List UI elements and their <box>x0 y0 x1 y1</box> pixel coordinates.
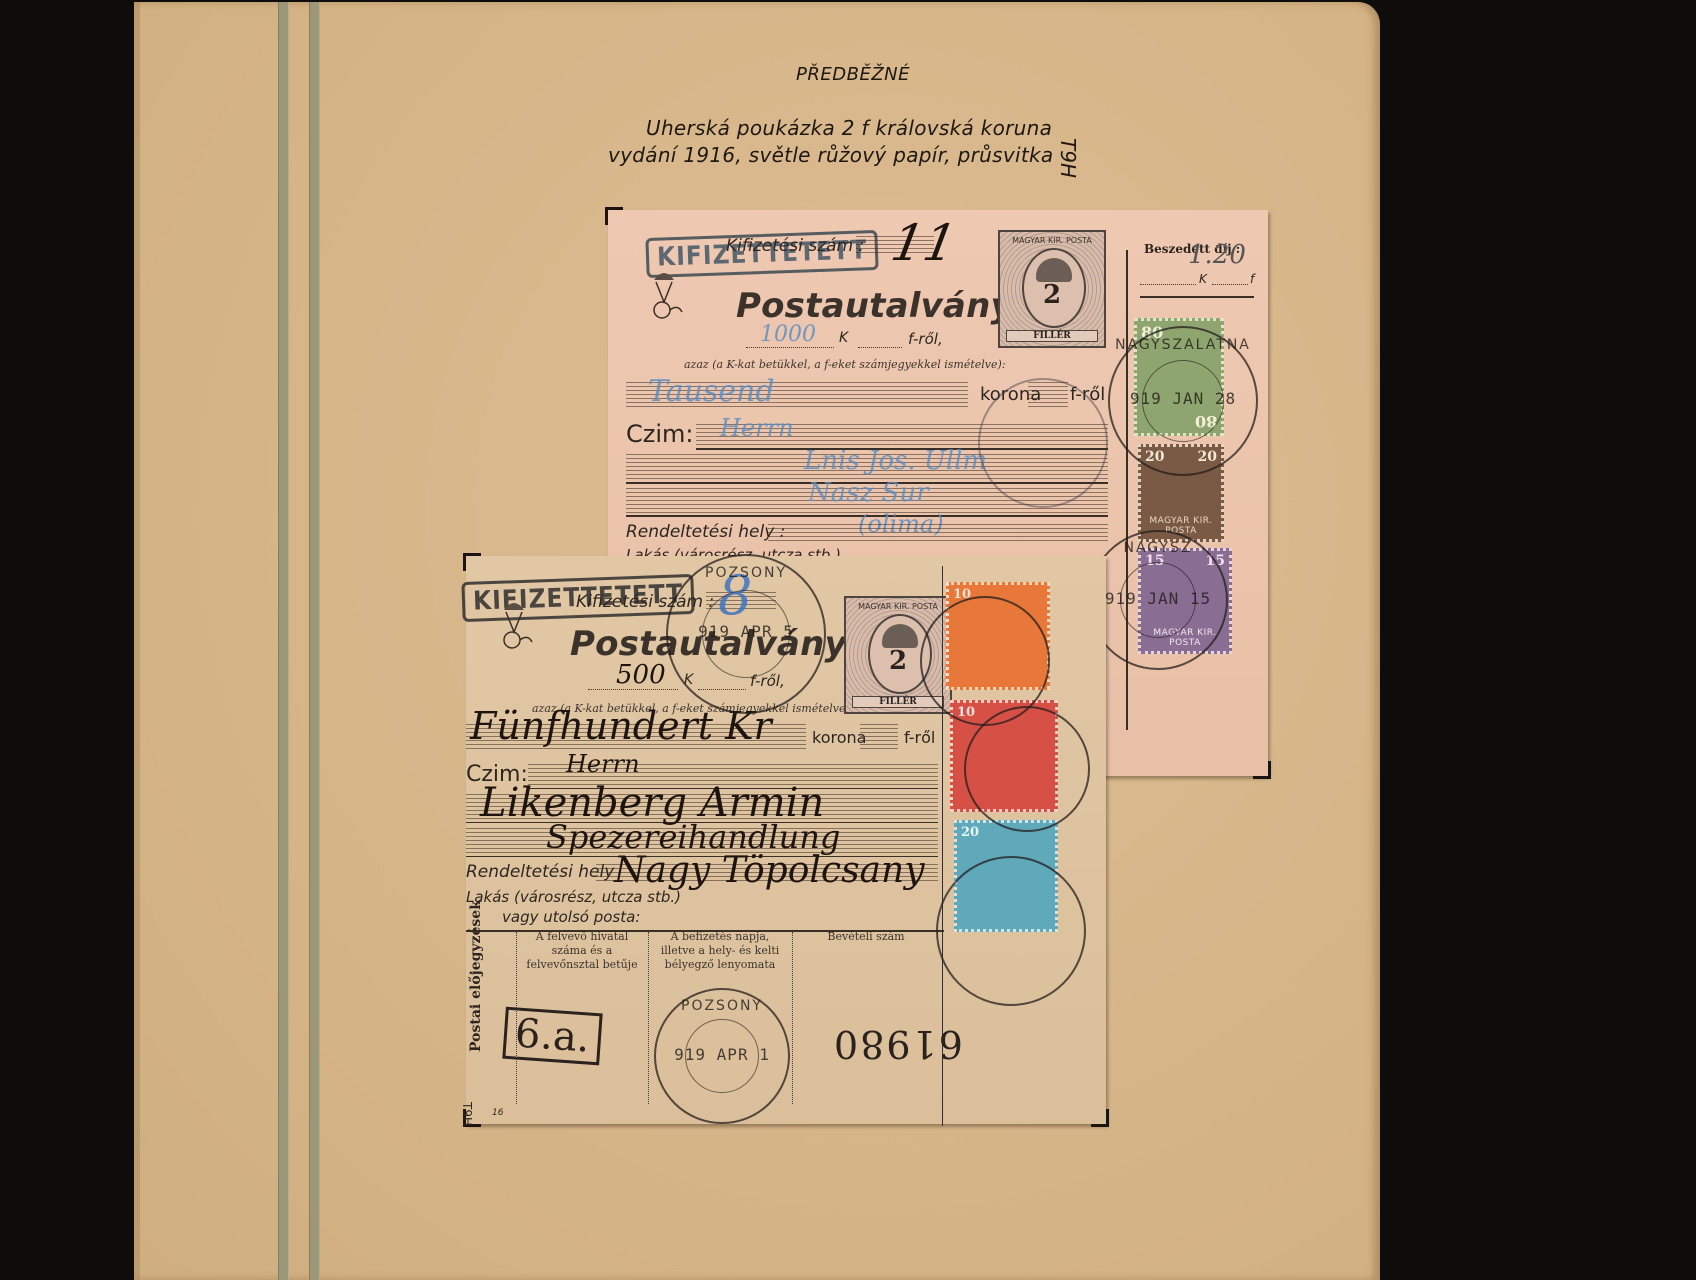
posthorn-icon <box>494 596 534 656</box>
column-head: A befizetés napja, illetve a hely- és ke… <box>652 930 788 972</box>
postmark-town: NAGYSZ <box>1090 540 1226 556</box>
watermark-code: T9H <box>1056 138 1080 178</box>
column-head: A felvevő hivatal száma és a felvevőnszt… <box>522 930 642 972</box>
postmark-town: POZSONY <box>668 565 824 581</box>
binding-line <box>278 2 289 1280</box>
description-line: Uherská poukázka 2 f královská koruna <box>646 116 1052 140</box>
address-line: Herrn <box>566 750 640 778</box>
postmark-date: 919 APR 1 <box>656 1045 788 1064</box>
amount-words: Tausend <box>648 374 775 409</box>
postmark: POZSONY 919 APR 5 <box>666 554 826 714</box>
dotted-rule <box>1140 284 1196 285</box>
photo-corner <box>605 207 623 225</box>
destination-label: Rendeltetési hely <box>466 862 614 882</box>
box-mark: 6.a. <box>502 1007 602 1066</box>
amount-value: 500 <box>616 660 666 690</box>
indicia-value: 2 <box>1000 280 1104 310</box>
corner-annotation: T9H <box>460 1102 474 1126</box>
dotted-rule <box>1212 284 1248 285</box>
destination-value: Nagy Töpolcsany <box>614 850 925 891</box>
order-number: 11 <box>887 214 961 272</box>
indicia-bottom: FILLÉR <box>1006 330 1098 342</box>
money-order-card-lower: KIFIZETTETETT Kifizetési szám : 8 Postau… <box>466 556 1106 1124</box>
column-rule <box>516 932 517 1104</box>
postmark-date: 919 JAN 28 <box>1110 389 1256 408</box>
posthorn-icon <box>644 266 684 326</box>
photo-corner <box>1091 1109 1109 1127</box>
destination-label: Rendeltetési hely : <box>626 522 785 542</box>
hatched-field <box>860 724 898 750</box>
postmark-date: 919 APR 5 <box>668 622 824 641</box>
fee-unit-k: K <box>1199 272 1207 286</box>
address-line: Herrn <box>720 414 794 442</box>
dotted-rule <box>746 347 834 348</box>
postmark-faint <box>978 378 1108 508</box>
hatched-field <box>768 524 1108 544</box>
form-title: Postautalvány <box>736 286 1013 326</box>
number-label: Kifizetési szám : <box>726 236 864 256</box>
indicia-caption: MAGYAR KIR. POSTA <box>846 602 950 611</box>
postmark <box>936 856 1086 1006</box>
postmark-town: NAGYSZALATNA <box>1110 337 1256 353</box>
column-rule <box>648 932 649 1104</box>
dotted-rule <box>588 689 678 690</box>
postmark: NAGYSZALATNA 919 JAN 28 <box>1108 326 1258 476</box>
postmark-date: 919 JAN 15 <box>1090 589 1226 608</box>
address-line: Nasz Sur <box>808 478 929 508</box>
postmark <box>964 706 1090 832</box>
stamp-value: 20 <box>961 825 979 840</box>
notes-label: Postai előjegyzések <box>468 900 484 1052</box>
f-rol-label: f-ről <box>904 728 935 747</box>
fee-value: 1.20 <box>1188 240 1246 270</box>
page-heading: PŘEDBĚŽNÉ <box>796 64 910 85</box>
korona-label: korona <box>812 728 866 747</box>
rule <box>1140 296 1254 298</box>
address-line: Lnis Jos. Ullm <box>804 446 987 476</box>
description-line: vydání 1916, světle růžový papír, průsvi… <box>608 143 1053 167</box>
fee-unit-f: f <box>1250 272 1254 286</box>
unit-f: f-ről, <box>908 330 943 348</box>
indicia-bottom: FILLÉR <box>852 696 944 708</box>
photo-corner <box>1253 761 1271 779</box>
postmark-town: POZSONY <box>656 998 788 1014</box>
czim-label: Czim: <box>626 420 694 448</box>
azaz-line: azaz (a K-kat betükkel, a f-eket számjeg… <box>684 358 1006 371</box>
receipt-number: 61980 <box>832 1022 963 1066</box>
indicia-stamp: MAGYAR KIR. POSTA 2 FILLÉR <box>998 230 1106 348</box>
unit-k: K <box>839 330 848 346</box>
amount-value: 1000 <box>760 322 816 347</box>
postmark: POZSONY 919 APR 1 <box>654 988 790 1124</box>
indicia-caption: MAGYAR KIR. POSTA <box>1000 236 1104 245</box>
dotted-rule <box>858 347 902 348</box>
page-edge <box>134 2 140 1280</box>
lakas-label: Lakás (városrész, utcza stb.) <box>466 888 681 906</box>
column-head: Bevételi szám <box>796 930 936 944</box>
binding-line <box>309 2 320 1280</box>
photo-corner <box>463 553 481 571</box>
column-rule <box>792 932 793 1104</box>
postmark: NAGYSZ 919 JAN 15 <box>1088 530 1228 670</box>
corner-annotation-2: 16 <box>492 1108 503 1118</box>
utolso-label: vagy utolsó posta: <box>502 908 640 926</box>
